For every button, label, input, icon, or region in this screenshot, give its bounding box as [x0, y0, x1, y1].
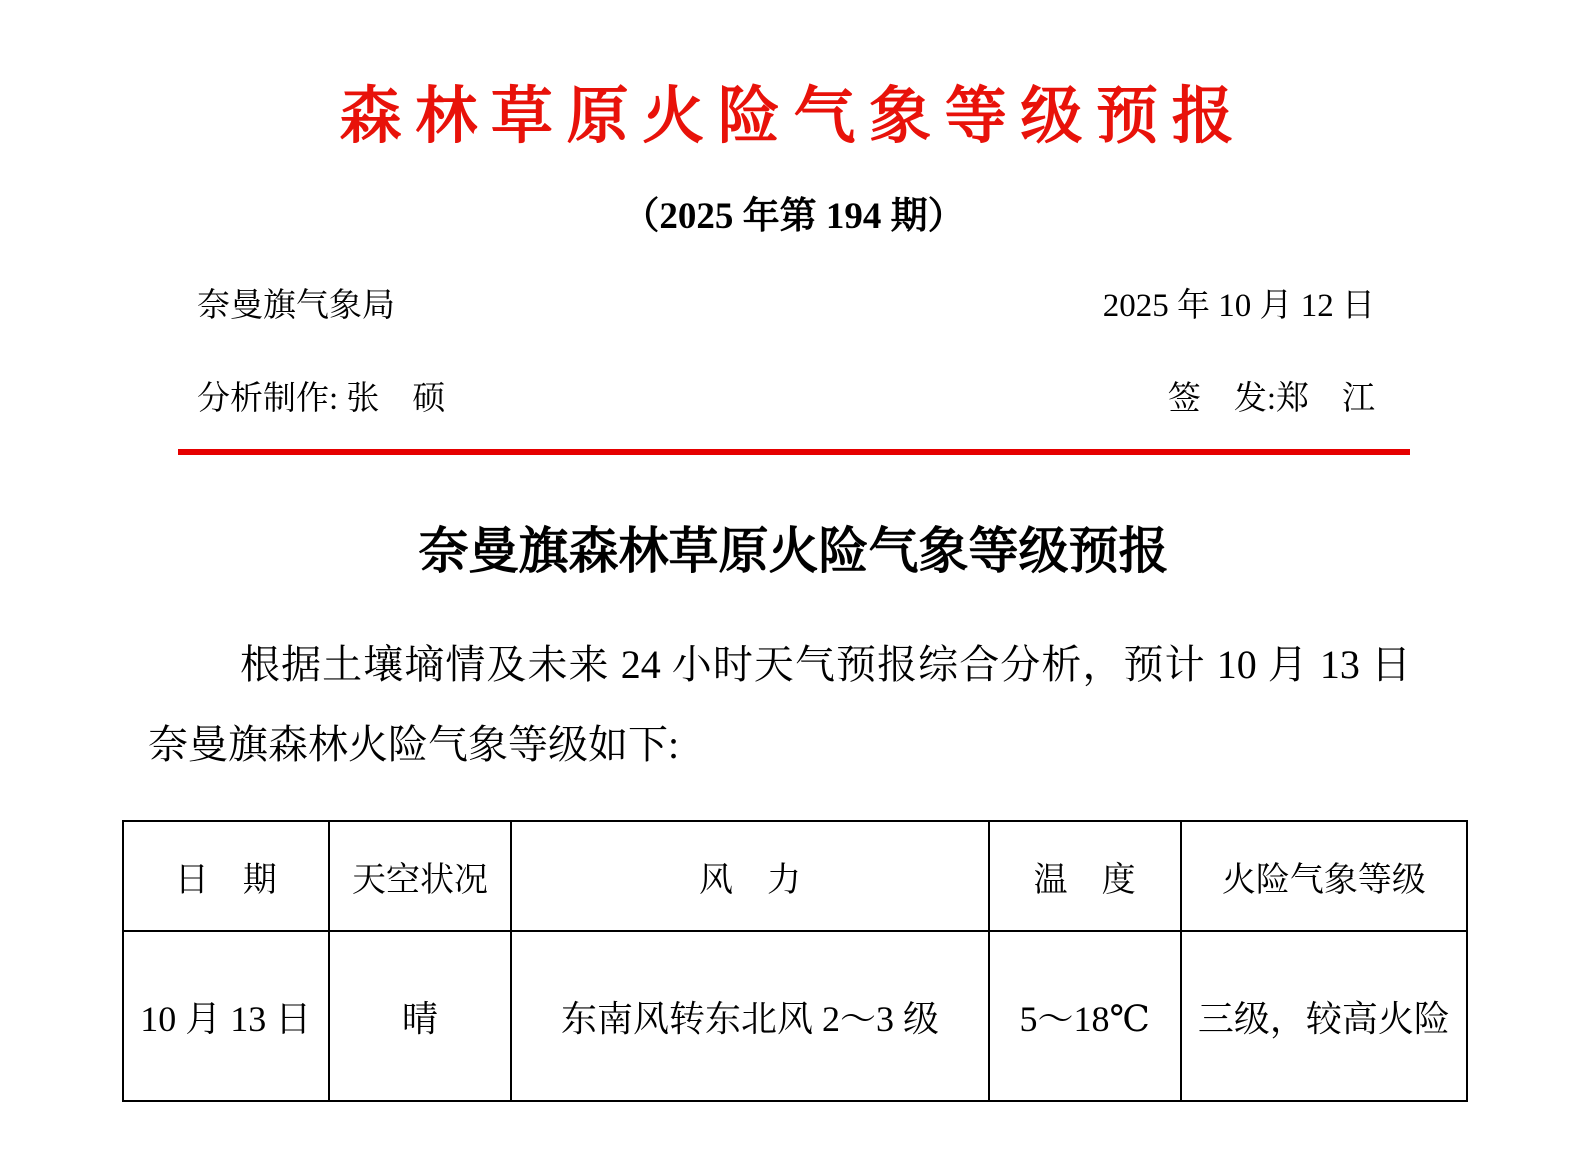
fire-danger-table: 日 期 天空状况 风 力 温 度 火险气象等级 10 月 13 日 晴 东南风转… — [122, 820, 1468, 1102]
header-wind: 风 力 — [511, 821, 988, 931]
cell-fire-danger-level: 三级，较高火险 — [1181, 931, 1467, 1101]
signer-name: 签 发:郑 江 — [1168, 372, 1375, 419]
red-divider-rule — [178, 449, 1410, 455]
cell-wind: 东南风转东北风 2～3 级 — [511, 931, 988, 1101]
meta-block: 奈曼旗气象局 2025 年 10 月 12 日 分析制作: 张 硕 签 发:郑 … — [197, 279, 1375, 419]
cell-sky-condition: 晴 — [329, 931, 512, 1101]
issue-number: （2025 年第 194 期） — [0, 185, 1587, 239]
meta-row-agency-date: 奈曼旗气象局 2025 年 10 月 12 日 — [197, 279, 1375, 326]
meta-row-analyst-signer: 分析制作: 张 硕 签 发:郑 江 — [197, 372, 1375, 419]
header-fire-danger-level: 火险气象等级 — [1181, 821, 1467, 931]
header-temperature: 温 度 — [989, 821, 1181, 931]
forecast-paragraph: 根据土壤墒情及未来 24 小时天气预报综合分析，预计 10 月 13 日奈曼旗森… — [148, 625, 1411, 785]
header-date: 日 期 — [123, 821, 329, 931]
document-title: 森林草原火险气象等级预报 — [0, 66, 1587, 155]
table-header-row: 日 期 天空状况 风 力 温 度 火险气象等级 — [123, 821, 1467, 931]
cell-date: 10 月 13 日 — [123, 931, 329, 1101]
document-page: 森林草原火险气象等级预报 （2025 年第 194 期） 奈曼旗气象局 2025… — [0, 0, 1587, 1171]
section-title: 奈曼旗森林草原火险气象等级预报 — [0, 511, 1587, 583]
analyst-name: 分析制作: 张 硕 — [197, 372, 445, 419]
table-row: 10 月 13 日 晴 东南风转东北风 2～3 级 5～18℃ 三级，较高火险 — [123, 931, 1467, 1101]
header-sky-condition: 天空状况 — [329, 821, 512, 931]
cell-temperature: 5～18℃ — [989, 931, 1181, 1101]
issuing-agency: 奈曼旗气象局 — [197, 279, 395, 326]
issue-date: 2025 年 10 月 12 日 — [1103, 279, 1375, 326]
